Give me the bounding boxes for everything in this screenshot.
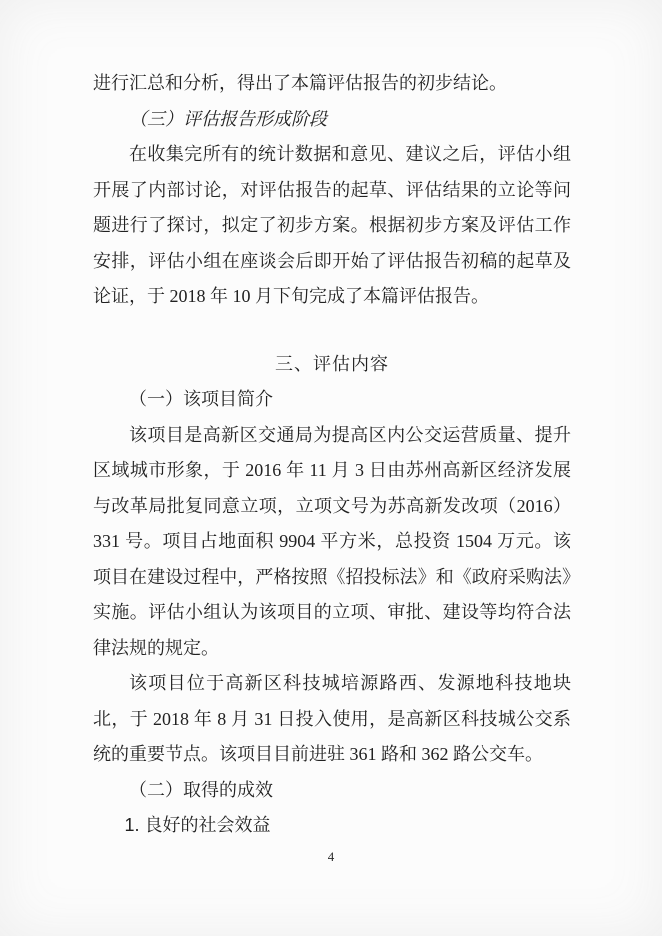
section-title-evaluation-content: 三、评估内容 [93, 347, 571, 383]
heading-achievements: （二）取得的成效 [93, 773, 571, 809]
document-text-block: 进行汇总和分析，得出了本篇评估报告的初步结论。 （三）评估报告形成阶段 在收集完… [93, 66, 571, 844]
paragraph-conclusion-tail: 进行汇总和分析，得出了本篇评估报告的初步结论。 [93, 66, 571, 102]
paragraph-project-location: 该项目位于高新区科技城培源路西、发源地科技地块北，于 2018 年 8 月 31… [93, 666, 571, 773]
paragraph-project-introduction: 该项目是高新区交通局为提高区内公交运营质量、提升区域城市形象，于 2016 年 … [93, 418, 571, 667]
heading-report-formation-stage: （三）评估报告形成阶段 [93, 102, 571, 138]
heading-social-benefits: 1. 良好的社会效益 [93, 808, 571, 844]
paragraph-report-formation: 在收集完所有的统计数据和意见、建议之后，评估小组开展了内部讨论，对评估报告的起草… [93, 137, 571, 315]
document-page: 进行汇总和分析，得出了本篇评估报告的初步结论。 （三）评估报告形成阶段 在收集完… [0, 0, 662, 936]
page-number: 4 [0, 849, 662, 865]
heading-project-introduction: （一）该项目简介 [93, 382, 571, 418]
